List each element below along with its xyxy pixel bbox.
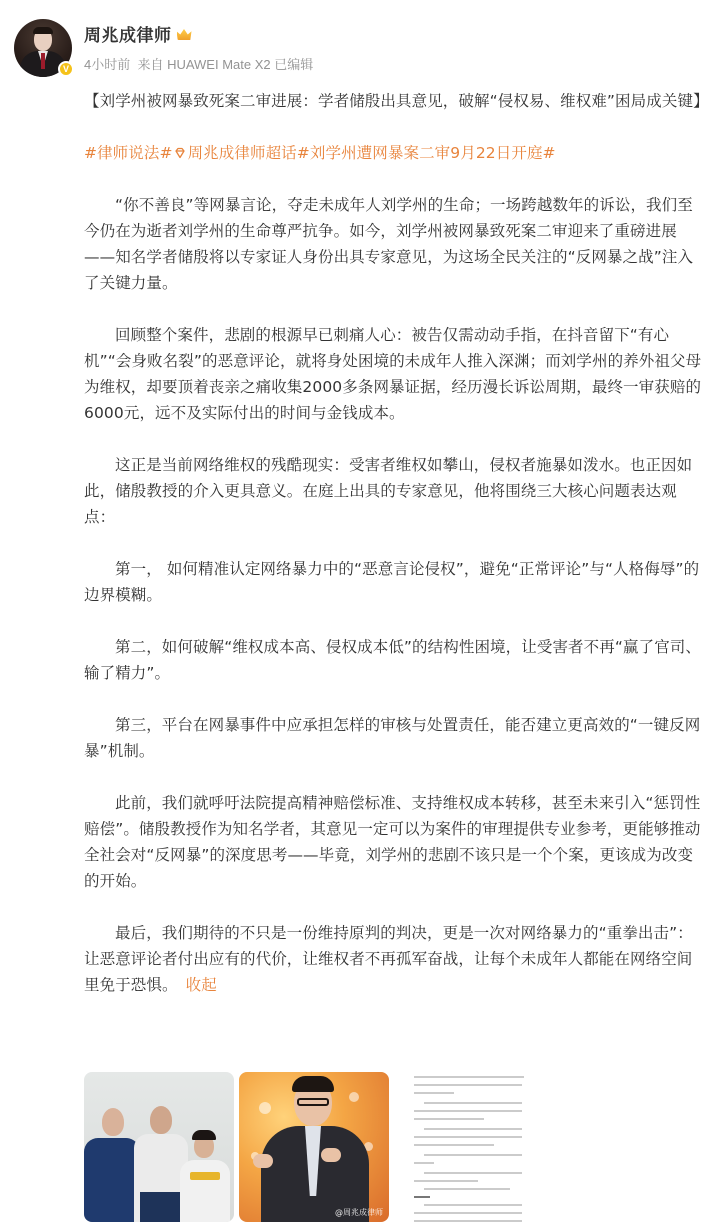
paragraph-7: 此前，我们就呼吁法院提高精神赔偿标准、支持维权成本转移，甚至未来引入“惩罚性赔偿… [84, 790, 704, 894]
post-meta: 4小时前 来自 HUAWEI Mate X2 已编辑 [84, 54, 313, 73]
paragraph-6: 第三，平台在网暴事件中应承担怎样的审核与处置责任，能否建立更高效的“一键反网暴”… [84, 712, 704, 764]
hashtag-case-trial[interactable]: #刘学州遭网暴案二审9月22日开庭# [297, 144, 556, 162]
image-thumbnail-2[interactable]: @周兆成律师 [239, 1072, 389, 1222]
collapse-link[interactable]: 收起 [186, 976, 217, 994]
paragraph-1: “你不善良”等网暴言论，夺走未成年人刘学州的生命；一场跨越数年的诉讼，我们至今仍… [84, 192, 704, 296]
paragraph-4: 第一， 如何精准认定网络暴力中的“恶意言论侵权”，避免“正常评论”与“人格侮辱”… [84, 556, 704, 608]
post-header: V 周兆成律师 4小时前 来自 HUAWEI Mate X2 已编辑 [0, 0, 709, 84]
verified-badge-icon: V [58, 61, 74, 77]
avatar[interactable]: V [14, 19, 72, 77]
supertopic-link[interactable]: 周兆成律师超话 [188, 144, 297, 162]
image-thumbnail-1[interactable] [84, 1072, 234, 1222]
author-name[interactable]: 周兆成律师 [84, 21, 172, 46]
image-watermark: @周兆成律师 [335, 1207, 383, 1218]
paragraph-3: 这正是当前网络维权的残酷现实：受害者维权如攀山，侵权者施暴如泼水。也正因如此，储… [84, 452, 704, 530]
author-name-row: 周兆成律师 [84, 21, 192, 46]
paragraph-8-text: 最后，我们期待的不只是一份维持原判的判决，更是一次对网络暴力的“重拳出击”：让恶… [84, 924, 693, 994]
image-thumbnail-3[interactable] [414, 1072, 548, 1222]
hashtags: #律师说法#周兆成律师超话#刘学州遭网暴案二审9月22日开庭# [84, 140, 704, 166]
hashtag-lawyer-talk[interactable]: #律师说法# [84, 144, 173, 162]
image-grid: @周兆成律师 [84, 1072, 548, 1222]
post-title: 【刘学州被网暴致死案二审进展：学者储殷出具意见，破解“侵权易、维权难”困局成关键… [84, 88, 704, 114]
paragraph-2: 回顾整个案件，悲剧的根源早已刺痛人心：被告仅需动动手指，在抖音留下“有心机”“会… [84, 322, 704, 426]
paragraph-8: 最后，我们期待的不只是一份维持原判的判决，更是一次对网络暴力的“重拳出击”：让恶… [84, 920, 704, 998]
crown-icon [177, 27, 192, 40]
post-body: 【刘学州被网暴致死案二审进展：学者储殷出具意见，破解“侵权易、维权难”困局成关键… [84, 88, 704, 998]
paragraph-5: 第二，如何破解“维权成本高、侵权成本低”的结构性困境，让受害者不再“赢了官司、输… [84, 634, 704, 686]
supertopic-diamond-icon [174, 147, 186, 159]
